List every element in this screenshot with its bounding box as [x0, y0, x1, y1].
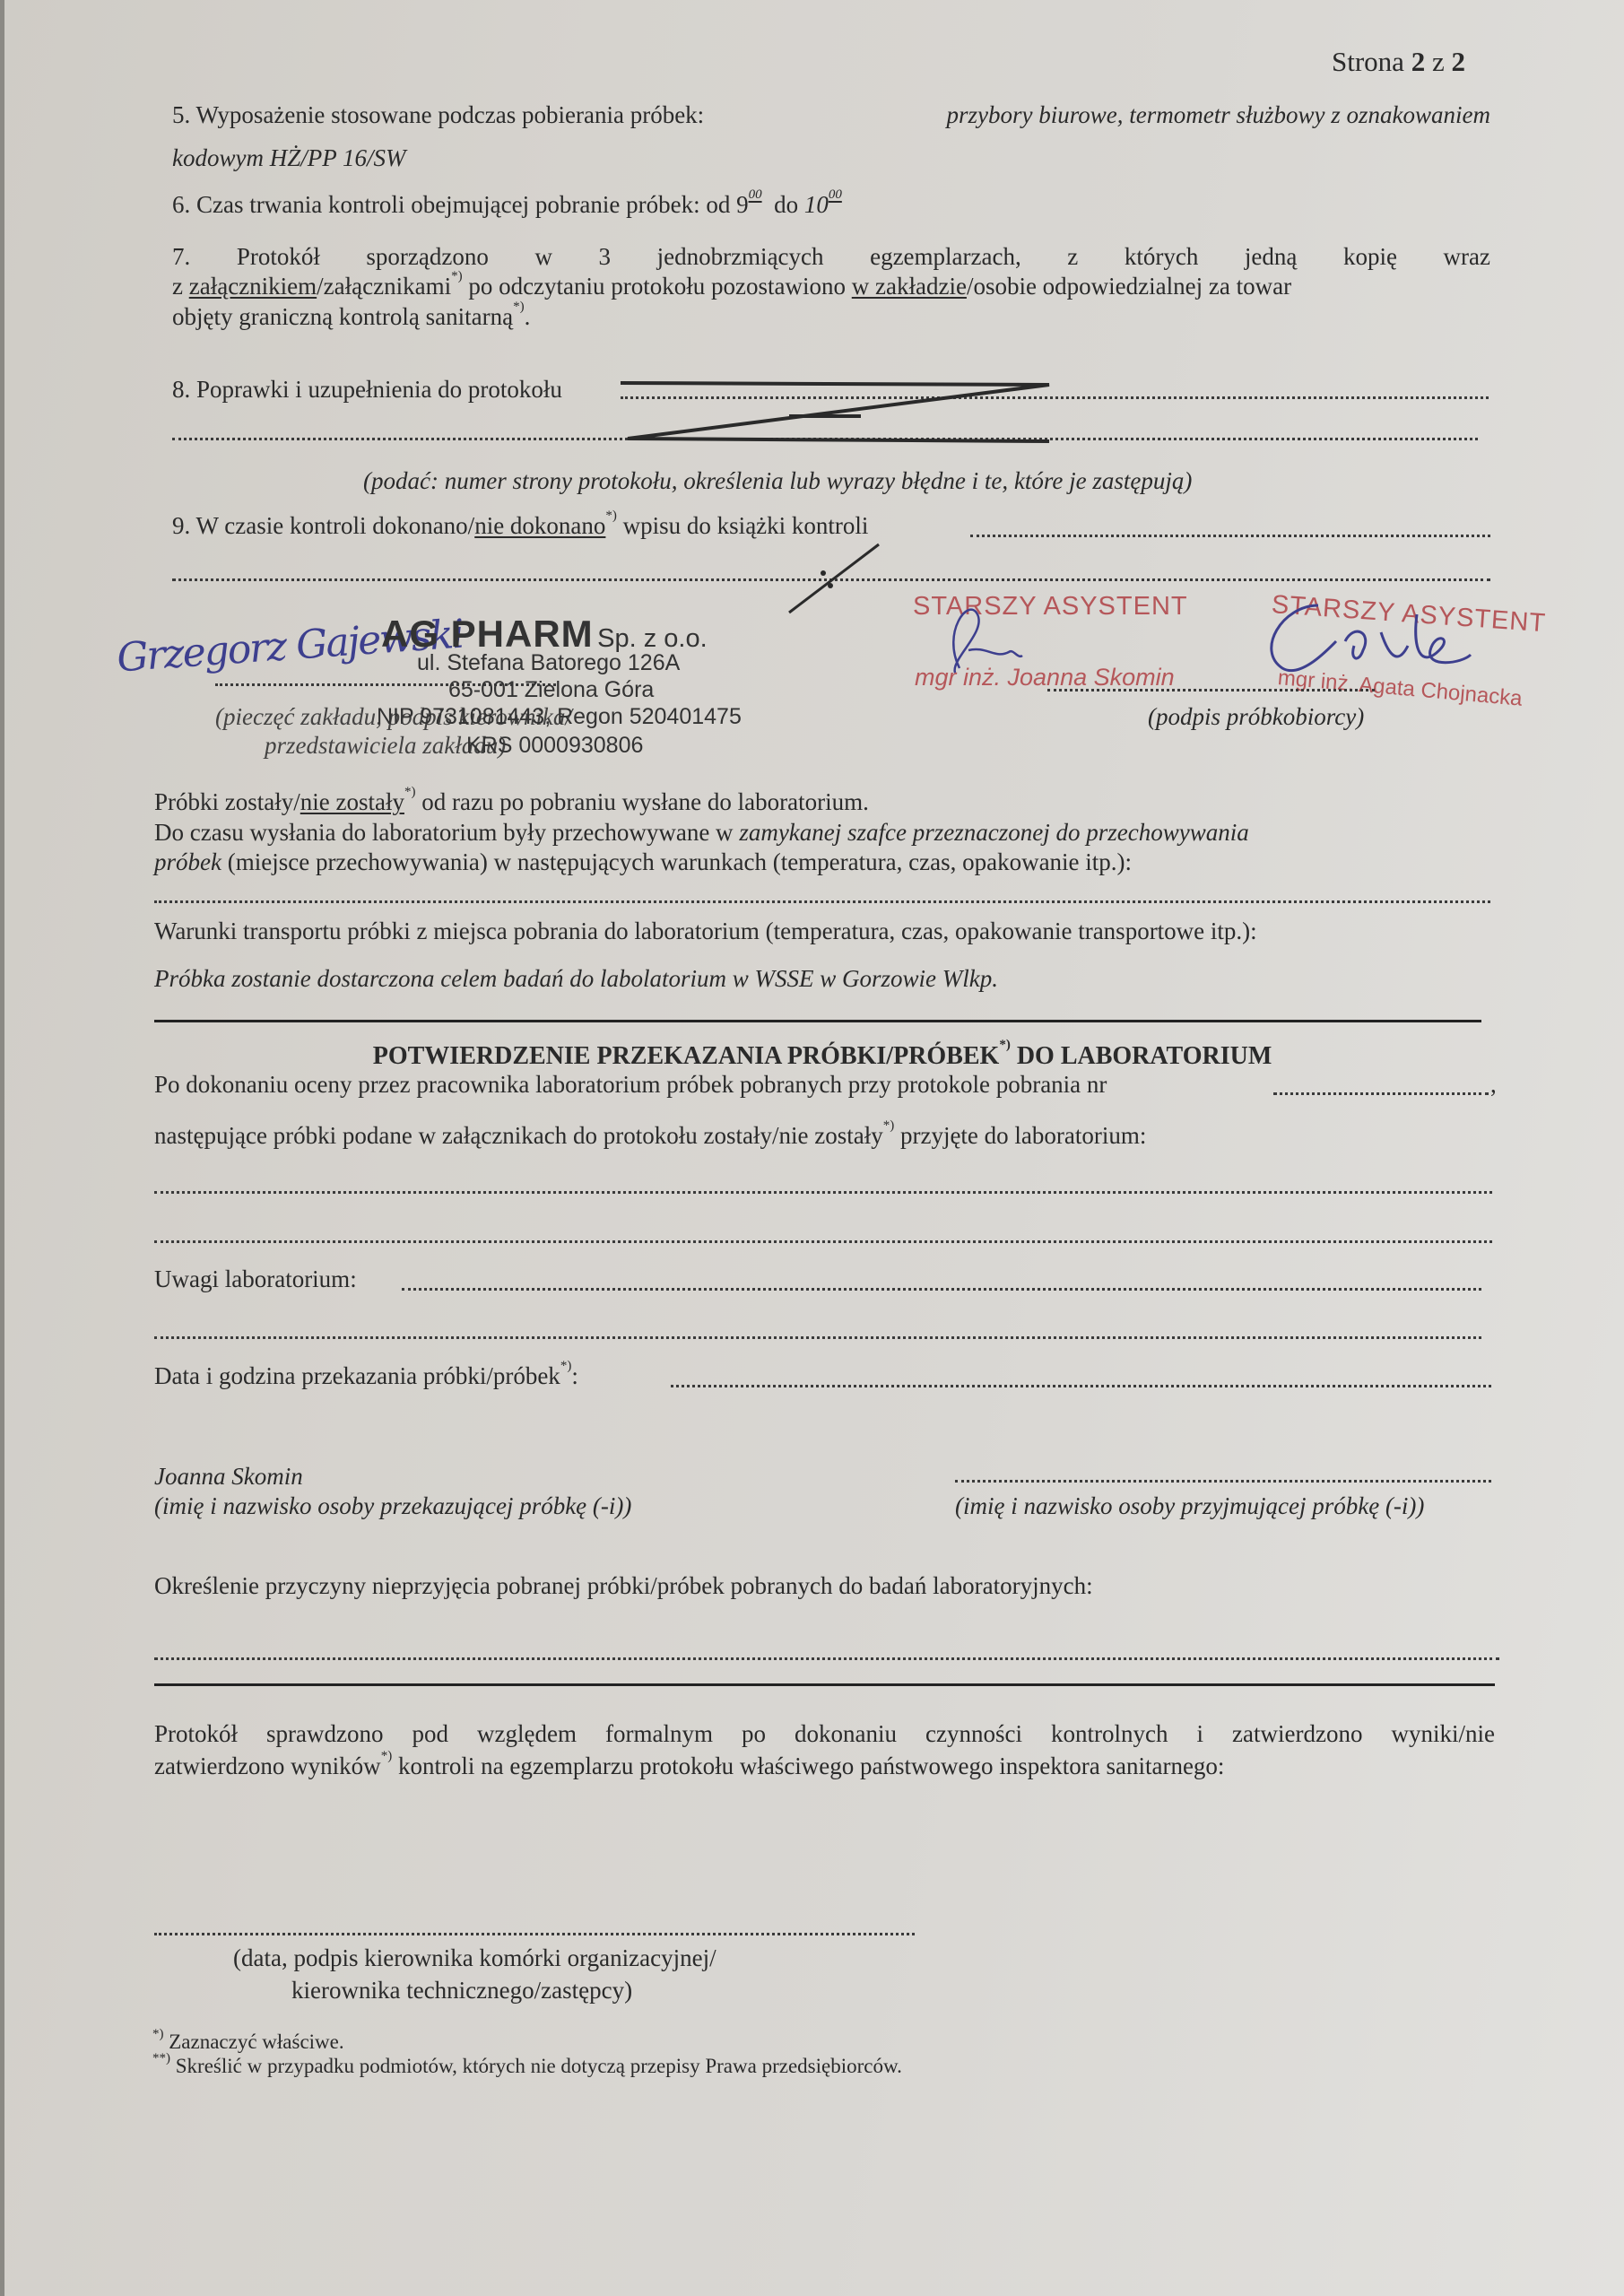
section-divider-2	[154, 1683, 1495, 1686]
shipping-line1: Próbki zostały/nie zostały*) od razu po …	[154, 787, 869, 818]
company-address: ul. Stefana Batorego 126A	[417, 650, 680, 676]
accepted-samples-field-1[interactable]	[154, 1191, 1492, 1194]
footnote-1: *) Zaznaczyć właściwe.	[152, 2030, 344, 2056]
selected-option: załącznikiem	[189, 273, 317, 300]
transport-label: Warunki transportu próbki z miejsca pobr…	[154, 917, 1257, 947]
receiver-name-field[interactable]	[955, 1480, 1491, 1483]
handover-person-caption: (imię i nazwisko osoby przekazującej pró…	[154, 1492, 631, 1522]
accepted-samples-field-2[interactable]	[154, 1240, 1492, 1243]
footnote-2: **) Skreślić w przypadku podmiotów, któr…	[152, 2054, 902, 2080]
shipping-line3: próbek (miejsce przechowywania) w następ…	[154, 848, 1132, 878]
handover-person-name: Joanna Skomin	[154, 1462, 303, 1492]
confirmation-line1: Po dokonaniu oceny przez pracownika labo…	[154, 1070, 1107, 1100]
storage-place-value: zamykanej szafce przeznaczonej do przech…	[739, 819, 1248, 846]
verification-line2: zatwierdzono wyników*) kontroli na egzem…	[154, 1752, 1224, 1782]
item-5-value: przybory biurowe, termometr służbowy z o…	[947, 100, 1490, 131]
comma: ,	[1490, 1070, 1497, 1100]
manager-signature-caption-cont: kierownika technicznego/zastępcy)	[291, 1976, 632, 2006]
item-8-label: 8. Poprawki i uzupełnienia do protokołu	[172, 375, 562, 405]
storage-conditions-field[interactable]	[154, 900, 1490, 903]
selected-option: nie zostały	[300, 788, 404, 815]
sampler-caption: (podpis próbkobiorcy)	[1148, 702, 1364, 733]
strike-z-mark	[601, 377, 1067, 448]
receiver-person-caption: (imię i nazwisko osoby przyjmującej prób…	[955, 1492, 1424, 1522]
verification-line1: Protokół sprawdzono pod względem formaln…	[154, 1719, 1495, 1750]
item-7-line2: z załącznikiem/załącznikami*) po odczyta…	[172, 272, 1490, 302]
sampler-signature-line	[1047, 689, 1375, 691]
item-9: 9. W czasie kontroli dokonano/nie dokona…	[172, 511, 868, 542]
sampler-signature-2	[1246, 596, 1480, 686]
transport-value: Próbka zostanie dostarczona celem badań …	[154, 964, 998, 995]
item-7-line3: objęty graniczną kontrolą sanitarną*).	[172, 302, 530, 333]
item-6: 6. Czas trwania kontroli obejmującej pob…	[172, 190, 842, 221]
section-divider	[154, 1020, 1481, 1022]
page-number: Strona 2 z 2	[1332, 45, 1465, 80]
company-nip-regon: NIP 9731081443, Regon 520401475	[377, 704, 742, 730]
confirmation-title: POTWIERDZENIE PRZEKAZANIA PRÓBKI/PRÓBEK*…	[154, 1040, 1490, 1072]
handover-datetime-label: Data i godzina przekazania próbki/próbek…	[154, 1361, 578, 1392]
company-stamp: AG PHARM Sp. z o.o.	[381, 613, 708, 656]
lab-remarks-field-2[interactable]	[154, 1336, 1481, 1339]
rejection-reason-label: Określenie przyczyny nieprzyjęcia pobran…	[154, 1571, 1093, 1602]
shipping-line2: Do czasu wysłania do laboratorium były p…	[154, 818, 1249, 848]
company-name: AG PHARM	[381, 613, 594, 655]
lab-remarks-label: Uwagi laboratorium:	[154, 1265, 357, 1295]
company-city: 65-001 Zielona Góra	[448, 677, 654, 703]
selected-option: nie dokonano	[474, 512, 605, 539]
lab-remarks-field-1[interactable]	[402, 1288, 1481, 1291]
protocol-number-field[interactable]	[1273, 1092, 1489, 1095]
manager-signature-field[interactable]	[154, 1933, 915, 1935]
strike-slash-mark	[780, 543, 888, 614]
paper-edge	[0, 0, 4, 2296]
item-5-label: 5. Wyposażenie stosowane podczas pobiera…	[172, 100, 704, 131]
company-legal-form: Sp. z o.o.	[597, 624, 708, 653]
confirmation-line2: następujące próbki podane w załącznikach…	[154, 1121, 1146, 1152]
item-9-field-line1[interactable]	[970, 535, 1490, 537]
rejection-reason-field[interactable]	[154, 1657, 1499, 1660]
selected-option: w zakładzie	[852, 273, 967, 300]
company-krs: KRS 0000930806	[466, 733, 643, 759]
manager-signature-caption: (data, podpis kierownika komórki organiz…	[233, 1944, 716, 1974]
item-8-hint: (podać: numer strony protokołu, określen…	[363, 466, 1192, 497]
handover-datetime-field[interactable]	[671, 1385, 1491, 1387]
item-5-value-cont: kodowym HŻ/PP 16/SW	[172, 143, 405, 174]
item-7-line1: 7. Protokół sporządzono w 3 jednobrzmiąc…	[172, 242, 1490, 273]
item-5: 5. Wyposażenie stosowane podczas pobiera…	[172, 100, 1490, 131]
sampler-signature-1	[933, 596, 1031, 677]
